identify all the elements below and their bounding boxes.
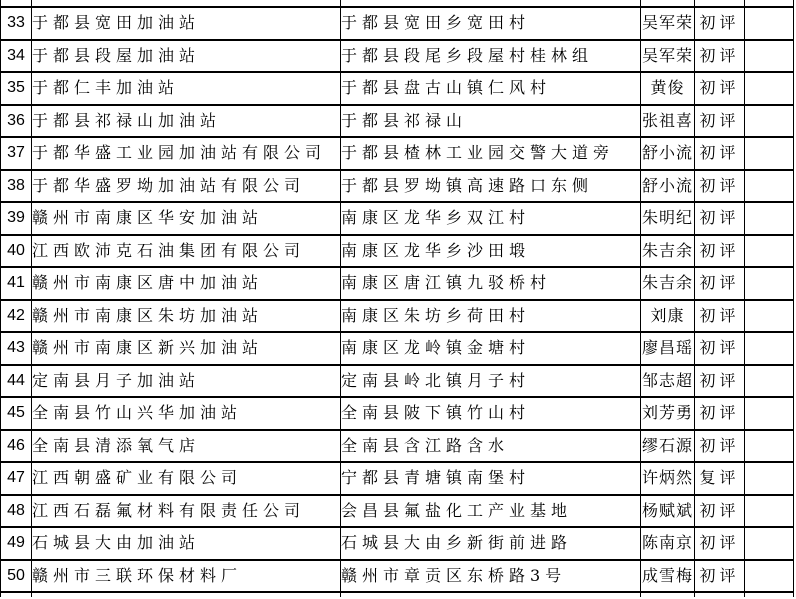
person-name-cell: 朱明纪 <box>641 202 695 235</box>
status-cell: 初评 <box>695 495 745 528</box>
person-name-cell: 吴军荣 <box>641 7 695 40</box>
address-cell: 于都县祁禄山 <box>341 105 641 138</box>
empty-cell <box>745 72 794 105</box>
empty-cell <box>745 430 794 463</box>
empty-cell <box>745 170 794 203</box>
company-name-cell: 赣州市南康区朱坊加油站 <box>32 300 341 333</box>
person-name-cell: 成雪梅 <box>641 560 695 593</box>
address-cell: 石城县大由乡新街前进路 <box>341 527 641 560</box>
status-cell: 初评 <box>695 7 745 40</box>
company-name-cell: 于都县段屋加油站 <box>32 40 341 73</box>
empty-cell <box>745 202 794 235</box>
company-name-cell: 赣州市南康区华安加油站 <box>32 202 341 235</box>
person-name-cell: 陈南京 <box>641 527 695 560</box>
row-number-cell: 48 <box>1 495 32 528</box>
table-row: 50 赣州市三联环保材料厂 赣州市章贡区东桥路3号 成雪梅 初评 <box>1 560 794 593</box>
person-name-cell: 刘康 <box>641 300 695 333</box>
address-cell: 于都县宽田乡宽田村 <box>341 7 641 40</box>
table-row: 37 于都华盛工业园加油站有限公司 于都县楂林工业园交警大道旁 舒小流 初评 <box>1 137 794 170</box>
company-name-cell: 全南县清添氧气店 <box>32 430 341 463</box>
partial-cell <box>641 0 695 7</box>
table-row: 49 石城县大由加油站 石城县大由乡新街前进路 陈南京 初评 <box>1 527 794 560</box>
table-row: 46 全南县清添氧气店 全南县含江路含水 缪石源 初评 <box>1 430 794 463</box>
address-cell: 于都县盘古山镇仁风村 <box>341 72 641 105</box>
row-number-cell: 41 <box>1 267 32 300</box>
address-cell: 赣州市章贡区东桥路3号 <box>341 560 641 593</box>
status-cell: 初评 <box>695 300 745 333</box>
partial-cell <box>341 0 641 7</box>
row-number-cell: 43 <box>1 332 32 365</box>
empty-cell <box>745 397 794 430</box>
partial-cell <box>695 0 745 7</box>
empty-cell <box>745 560 794 593</box>
status-cell: 初评 <box>695 40 745 73</box>
status-cell: 初评 <box>695 365 745 398</box>
evaluation-table: 33 于都县宽田加油站 于都县宽田乡宽田村 吴军荣 初评 34 于都县段屋加油站… <box>0 0 794 597</box>
table-body: 33 于都县宽田加油站 于都县宽田乡宽田村 吴军荣 初评 34 于都县段屋加油站… <box>1 0 794 597</box>
row-number-cell: 49 <box>1 527 32 560</box>
address-cell: 会昌县氟盐化工产业基地 <box>341 495 641 528</box>
partial-cell <box>341 592 641 597</box>
table-row: 38 于都华盛罗坳加油站有限公司 于都县罗坳镇高速路口东侧 舒小流 初评 <box>1 170 794 203</box>
address-cell: 于都县段尾乡段屋村桂林组 <box>341 40 641 73</box>
table-row: 36 于都县祁禄山加油站 于都县祁禄山 张祖喜 初评 <box>1 105 794 138</box>
partial-cell <box>32 592 341 597</box>
empty-cell <box>745 495 794 528</box>
table-row: 48 江西石磊氟材料有限责任公司 会昌县氟盐化工产业基地 杨赋斌 初评 <box>1 495 794 528</box>
table-row: 39 赣州市南康区华安加油站 南康区龙华乡双江村 朱明纪 初评 <box>1 202 794 235</box>
person-name-cell: 刘芳勇 <box>641 397 695 430</box>
company-name-cell: 江西欧沛克石油集团有限公司 <box>32 235 341 268</box>
company-name-cell: 于都县祁禄山加油站 <box>32 105 341 138</box>
status-cell: 初评 <box>695 267 745 300</box>
table-row: 47 江西朝盛矿业有限公司 宁都县青塘镇南堡村 许炳然 复评 <box>1 462 794 495</box>
partial-cell <box>695 592 745 597</box>
company-name-cell: 定南县月子加油站 <box>32 365 341 398</box>
company-name-cell: 全南县竹山兴华加油站 <box>32 397 341 430</box>
empty-cell <box>745 267 794 300</box>
table-row: 41 赣州市南康区唐中加油站 南康区唐江镇九驳桥村 朱吉余 初评 <box>1 267 794 300</box>
status-cell: 初评 <box>695 430 745 463</box>
status-cell: 初评 <box>695 170 745 203</box>
status-cell: 初评 <box>695 202 745 235</box>
address-cell: 全南县陂下镇竹山村 <box>341 397 641 430</box>
status-cell: 复评 <box>695 462 745 495</box>
company-name-cell: 江西石磊氟材料有限责任公司 <box>32 495 341 528</box>
status-cell: 初评 <box>695 397 745 430</box>
company-name-cell: 江西朝盛矿业有限公司 <box>32 462 341 495</box>
partial-cell <box>641 592 695 597</box>
partial-cell <box>1 592 32 597</box>
address-cell: 南康区唐江镇九驳桥村 <box>341 267 641 300</box>
empty-cell <box>745 235 794 268</box>
empty-cell <box>745 40 794 73</box>
address-cell: 南康区龙华乡双江村 <box>341 202 641 235</box>
status-cell: 初评 <box>695 332 745 365</box>
address-cell: 南康区朱坊乡荷田村 <box>341 300 641 333</box>
empty-cell <box>745 105 794 138</box>
table-row: 43 赣州市南康区新兴加油站 南康区龙岭镇金塘村 廖昌瑶 初评 <box>1 332 794 365</box>
row-number-cell: 45 <box>1 397 32 430</box>
person-name-cell: 许炳然 <box>641 462 695 495</box>
table-row: 44 定南县月子加油站 定南县岭北镇月子村 邹志超 初评 <box>1 365 794 398</box>
company-name-cell: 于都仁丰加油站 <box>32 72 341 105</box>
row-number-cell: 46 <box>1 430 32 463</box>
address-cell: 全南县含江路含水 <box>341 430 641 463</box>
person-name-cell: 张祖喜 <box>641 105 695 138</box>
person-name-cell: 缪石源 <box>641 430 695 463</box>
person-name-cell: 吴军荣 <box>641 40 695 73</box>
person-name-cell: 舒小流 <box>641 137 695 170</box>
person-name-cell: 舒小流 <box>641 170 695 203</box>
row-number-cell: 39 <box>1 202 32 235</box>
address-cell: 于都县罗坳镇高速路口东侧 <box>341 170 641 203</box>
partial-cell <box>745 592 794 597</box>
table-row: 34 于都县段屋加油站 于都县段尾乡段屋村桂林组 吴军荣 初评 <box>1 40 794 73</box>
company-name-cell: 于都华盛工业园加油站有限公司 <box>32 137 341 170</box>
table-row: 45 全南县竹山兴华加油站 全南县陂下镇竹山村 刘芳勇 初评 <box>1 397 794 430</box>
empty-cell <box>745 7 794 40</box>
table-row: 42 赣州市南康区朱坊加油站 南康区朱坊乡荷田村 刘康 初评 <box>1 300 794 333</box>
partial-cell <box>745 0 794 7</box>
empty-cell <box>745 527 794 560</box>
company-name-cell: 石城县大由加油站 <box>32 527 341 560</box>
person-name-cell: 邹志超 <box>641 365 695 398</box>
row-number-cell: 33 <box>1 7 32 40</box>
partial-cell <box>1 0 32 7</box>
partial-row-bottom <box>1 592 794 597</box>
row-number-cell: 42 <box>1 300 32 333</box>
row-number-cell: 38 <box>1 170 32 203</box>
company-name-cell: 于都华盛罗坳加油站有限公司 <box>32 170 341 203</box>
row-number-cell: 34 <box>1 40 32 73</box>
company-name-cell: 赣州市三联环保材料厂 <box>32 560 341 593</box>
empty-cell <box>745 137 794 170</box>
address-cell: 南康区龙岭镇金塘村 <box>341 332 641 365</box>
row-number-cell: 37 <box>1 137 32 170</box>
status-cell: 初评 <box>695 560 745 593</box>
row-number-cell: 50 <box>1 560 32 593</box>
person-name-cell: 朱吉余 <box>641 235 695 268</box>
empty-cell <box>745 365 794 398</box>
row-number-cell: 35 <box>1 72 32 105</box>
status-cell: 初评 <box>695 235 745 268</box>
status-cell: 初评 <box>695 527 745 560</box>
address-cell: 南康区龙华乡沙田塅 <box>341 235 641 268</box>
partial-row-top <box>1 0 794 7</box>
table-row: 40 江西欧沛克石油集团有限公司 南康区龙华乡沙田塅 朱吉余 初评 <box>1 235 794 268</box>
address-cell: 定南县岭北镇月子村 <box>341 365 641 398</box>
table-row: 33 于都县宽田加油站 于都县宽田乡宽田村 吴军荣 初评 <box>1 7 794 40</box>
status-cell: 初评 <box>695 105 745 138</box>
empty-cell <box>745 300 794 333</box>
row-number-cell: 36 <box>1 105 32 138</box>
document-page: 33 于都县宽田加油站 于都县宽田乡宽田村 吴军荣 初评 34 于都县段屋加油站… <box>0 0 796 599</box>
empty-cell <box>745 332 794 365</box>
row-number-cell: 44 <box>1 365 32 398</box>
person-name-cell: 黄俊 <box>641 72 695 105</box>
person-name-cell: 朱吉余 <box>641 267 695 300</box>
empty-cell <box>745 462 794 495</box>
status-cell: 初评 <box>695 72 745 105</box>
person-name-cell: 廖昌瑶 <box>641 332 695 365</box>
table-row: 35 于都仁丰加油站 于都县盘古山镇仁风村 黄俊 初评 <box>1 72 794 105</box>
row-number-cell: 47 <box>1 462 32 495</box>
company-name-cell: 赣州市南康区唐中加油站 <box>32 267 341 300</box>
address-cell: 宁都县青塘镇南堡村 <box>341 462 641 495</box>
company-name-cell: 于都县宽田加油站 <box>32 7 341 40</box>
person-name-cell: 杨赋斌 <box>641 495 695 528</box>
row-number-cell: 40 <box>1 235 32 268</box>
company-name-cell: 赣州市南康区新兴加油站 <box>32 332 341 365</box>
status-cell: 初评 <box>695 137 745 170</box>
partial-cell <box>32 0 341 7</box>
address-cell: 于都县楂林工业园交警大道旁 <box>341 137 641 170</box>
